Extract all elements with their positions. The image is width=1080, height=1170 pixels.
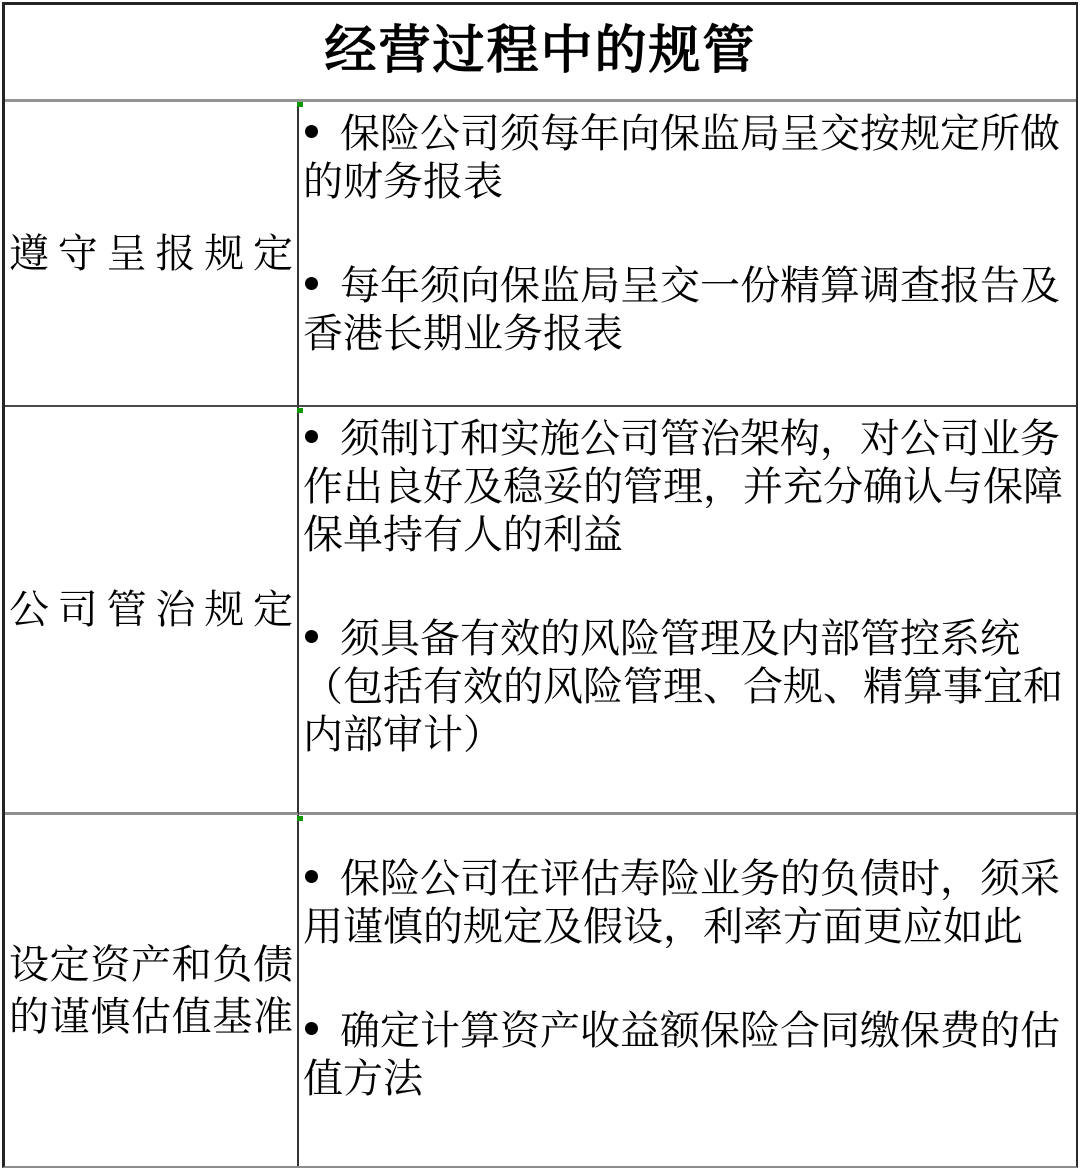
bullet-text: 每年须向保监局呈交一份精算调查报告及香港长期业务报表 — [303, 263, 1060, 356]
bullet-item: 保险公司在评估寿险业务的负债时，须采用谨慎的规定及假设，利率方面更应如此 — [303, 855, 1074, 951]
row-label: 公司管治规定 — [9, 584, 293, 636]
row-label: 遵守呈报规定 — [9, 228, 293, 280]
green-handle-icon — [297, 102, 303, 107]
bullet-item: 保险公司须每年向保监局呈交按规定所做的财务报表 — [303, 110, 1074, 206]
bullet-text: 保险公司在评估寿险业务的负债时，须采用谨慎的规定及假设，利率方面更应如此 — [303, 856, 1060, 949]
bullet-item: 每年须向保监局呈交一份精算调查报告及香港长期业务报表 — [303, 262, 1074, 358]
bullet-text: 保险公司须每年向保监局呈交按规定所做的财务报表 — [303, 111, 1060, 204]
bullet-item: 须制订和实施公司管治架构，对公司业务作出良好及稳妥的管理，并充分确认与保障保单持… — [303, 415, 1074, 559]
row-content-cell-reporting: 保险公司须每年向保监局呈交按规定所做的财务报表 每年须向保监局呈交一份精算调查报… — [299, 102, 1076, 407]
row-label-cell-reporting: 遵守呈报规定 — [5, 102, 299, 407]
row-content-cell-valuation: 保险公司在评估寿险业务的负债时，须采用谨慎的规定及假设，利率方面更应如此 确定计… — [299, 815, 1076, 1166]
row-content-cell-governance: 须制订和实施公司管治架构，对公司业务作出良好及稳妥的管理，并充分确认与保障保单持… — [299, 407, 1076, 815]
bullet-text: 须具备有效的风险管理及内部管控系统（包括有效的风险管理、合规、精算事宜和内部审计… — [303, 616, 1063, 757]
bullet-icon — [305, 125, 318, 138]
bullet-icon — [305, 277, 318, 290]
green-handle-icon — [297, 408, 303, 413]
table-header-cell: 经营过程中的规管 — [5, 5, 1076, 102]
bullet-item: 须具备有效的风险管理及内部管控系统（包括有效的风险管理、合规、精算事宜和内部审计… — [303, 615, 1074, 759]
bullet-icon — [305, 1022, 318, 1035]
bullet-text: 须制订和实施公司管治架构，对公司业务作出良好及稳妥的管理，并充分确认与保障保单持… — [303, 416, 1063, 557]
green-handle-icon — [297, 816, 303, 821]
bullet-icon — [305, 430, 318, 443]
bullet-text: 确定计算资产收益额保险合同缴保费的估值方法 — [303, 1008, 1060, 1101]
row-label-cell-governance: 公司管治规定 — [5, 407, 299, 815]
row-label: 设定资产和负债的谨慎估值基准 — [9, 939, 293, 1043]
regulation-table: 经营过程中的规管 遵守呈报规定 保险公司须每年向保监局呈交按规定所做的财务报表 … — [2, 2, 1078, 1168]
bullet-item: 确定计算资产收益额保险合同缴保费的估值方法 — [303, 1007, 1074, 1103]
bullet-icon — [305, 870, 318, 883]
page-title: 经营过程中的规管 — [324, 23, 756, 80]
row-label-cell-valuation: 设定资产和负债的谨慎估值基准 — [5, 815, 299, 1166]
bullet-icon — [305, 630, 318, 643]
